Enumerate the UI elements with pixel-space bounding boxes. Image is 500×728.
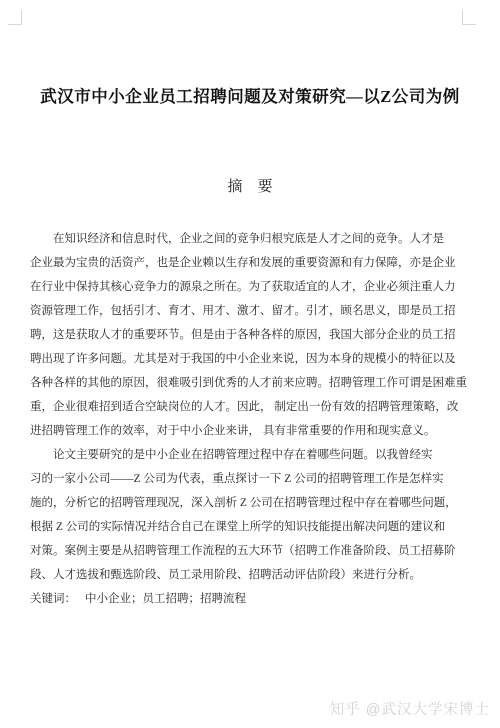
abstract-heading: 摘 要 [20, 175, 480, 196]
abstract-body: 在知识经济和信息时代，企业之间的竞争归根究底是人才之间的竞争。人才是 企业最为宝… [30, 227, 471, 611]
text-boundary-mark-top-right [462, 10, 476, 25]
abstract-paragraph-2: 论文主要研究的是中小企业在招聘管理过程中存在着哪些问题。以我曾经实 习的一家小公… [30, 443, 471, 587]
page-title: 武汉市中小企业员工招聘问题及对策研究—以Z公司为例 [20, 83, 480, 107]
abstract-paragraph-1: 在知识经济和信息时代，企业之间的竞争归根究底是人才之间的竞争。人才是 企业最为宝… [30, 227, 471, 443]
keywords-line: 关键词：中小企业；员工招聘；招聘流程 [30, 587, 471, 611]
zhihu-watermark: 知乎 @武汉大学宋博士 [330, 698, 490, 719]
keywords-label: 关键词： [30, 593, 76, 605]
document-page: 武汉市中小企业员工招聘问题及对策研究—以Z公司为例 摘 要 在知识经济和信息时代… [0, 0, 500, 728]
keywords-value: 中小企业；员工招聘；招聘流程 [85, 593, 246, 605]
text-boundary-mark-top-left [8, 10, 22, 25]
